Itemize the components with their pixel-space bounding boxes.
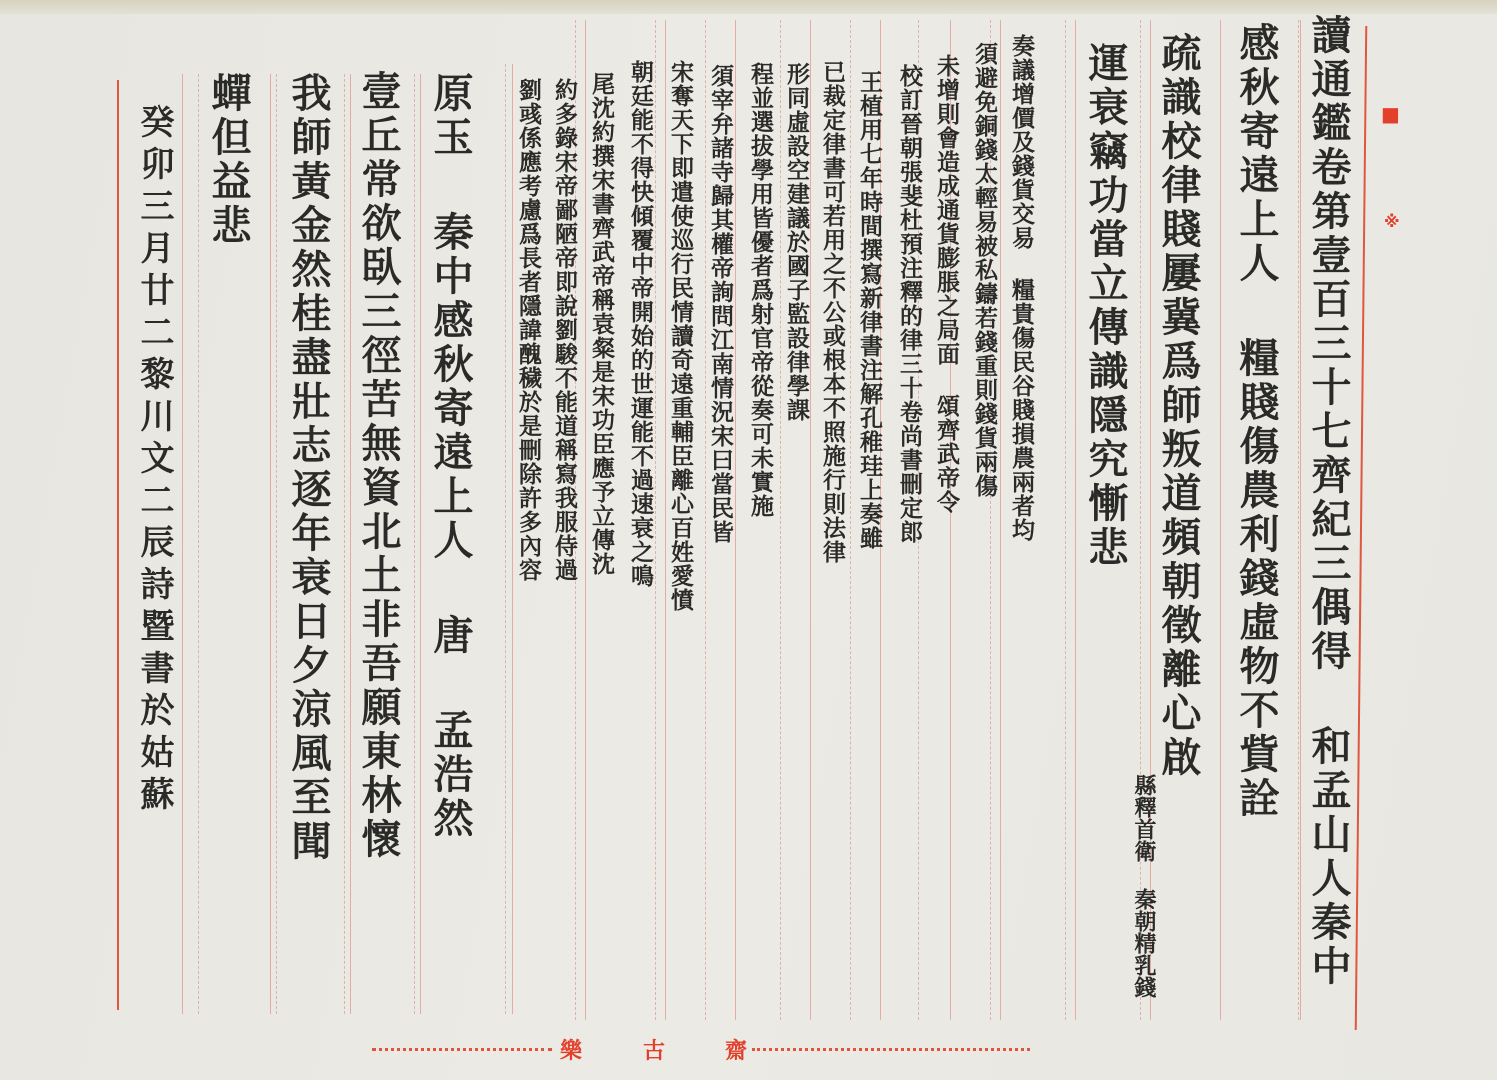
commentary-column: 奏議增價及錢貨交易 糧貴傷民谷賤損農兩者均 [1005, 34, 1038, 542]
manuscript-page: ■ ※ 讀通鑑卷第壹百三十七齊紀三偶得 和孟山人秦中 感秋寄遠上人 糧賤傷農利錢… [0, 14, 1497, 1080]
commentary-column: 須避免銅錢太輕易被私鑄若錢重則錢貨兩傷 [968, 42, 1001, 498]
bottom-red-rule-left [372, 1048, 552, 1051]
commentary-column: 須宰弁諸寺歸其權帝詢問江南情況宋曰當民皆 [704, 64, 737, 544]
rule-dash [276, 74, 277, 1014]
paper-top-edge [0, 0, 1497, 15]
footer-seal-3: 齋 [725, 1034, 747, 1065]
colophon-date-signature: 癸卯三月廿二黎川文二辰詩暨書於姑蘇 [130, 104, 179, 818]
bottom-red-rule-right [752, 1048, 1030, 1051]
left-frame-line [117, 80, 119, 1010]
commentary-column: 約多錄宋帝鄙陋帝即說劉駿不能道稱寫我服侍過 [548, 78, 581, 582]
rule-line [420, 74, 421, 1014]
rule-dash [198, 74, 199, 1014]
commentary-column: 尾沈約撰宋書齊武帝稱袁粲是宋功臣應予立傳沈 [585, 72, 618, 576]
rule-dash [414, 74, 415, 1014]
rule-line [182, 74, 183, 1014]
commentary-column: 已裁定律書可若用之不公或根本不照施行則法律 [816, 60, 849, 564]
footer-seal-1: 樂 [560, 1034, 582, 1065]
commentary-column: 朝廷能不得快傾覆中帝開始的世運能不過速衰之鳴 [624, 60, 657, 588]
margin-seal-1: ■ [1381, 102, 1400, 126]
commentary-column: 程並選拔學用皆優者爲射官帝從奏可未實施 [744, 62, 777, 518]
poem-column: 壹丘常欲臥三徑苦無資北土非吾願東林懷 [350, 70, 407, 862]
rule-dash [344, 74, 345, 1014]
rule-dash [850, 20, 851, 1020]
commentary-column: 宋奪天下即遣使巡行民情讀奇遠重輔臣離心百姓愛憤 [664, 60, 697, 612]
rule-line [1075, 20, 1076, 1020]
commentary-column: 形同虛設空建議於國子監設律學課 [780, 62, 813, 422]
rule-line [1220, 20, 1221, 1020]
commentary-column: 王植用七年時間撰寫新律書注解孔稚珪上奏雖 [853, 70, 886, 550]
margin-seal-2: ※ [1384, 212, 1400, 231]
commentary-column: 校訂晉朝張斐杜預注釋的律三十卷尚書刪定郎 [893, 64, 926, 544]
poem-column: 蟬但益悲 [200, 72, 257, 248]
footer-seal-2: 古 [643, 1034, 665, 1065]
commentary-column: 未增則會造成通貨膨脹之局面 頌齊武帝令 [930, 54, 963, 514]
commentary-column: 劉彧係應考慮爲長者隱諱醜穢於是刪除許多內容 [512, 78, 545, 582]
text-column: 運衰竊功當立傳識隱究慚悲 [1077, 42, 1134, 570]
rule-dash [505, 64, 506, 1014]
rule-dash [1065, 20, 1066, 1020]
text-column: 疏識校律賤屢冀爲師叛道頻朝徵離心啟 [1150, 32, 1207, 780]
poem-title-column: 原玉 秦中感秋寄遠上人 唐 孟浩然 [422, 72, 479, 841]
text-column: 讀通鑑卷第壹百三十七齊紀三偶得 和孟山人秦中 [1300, 14, 1357, 989]
rule-dash [1298, 20, 1299, 1020]
text-column: 感秋寄遠上人 糧賤傷農利錢虛物不貲詮 [1228, 22, 1285, 821]
rule-line [270, 74, 271, 1014]
poem-column: 我師黃金然桂盡壯志逐年衰日夕涼風至聞 [280, 72, 337, 864]
annotation-column: 縣釋首衛 秦朝精乳錢 [1100, 774, 1160, 1034]
